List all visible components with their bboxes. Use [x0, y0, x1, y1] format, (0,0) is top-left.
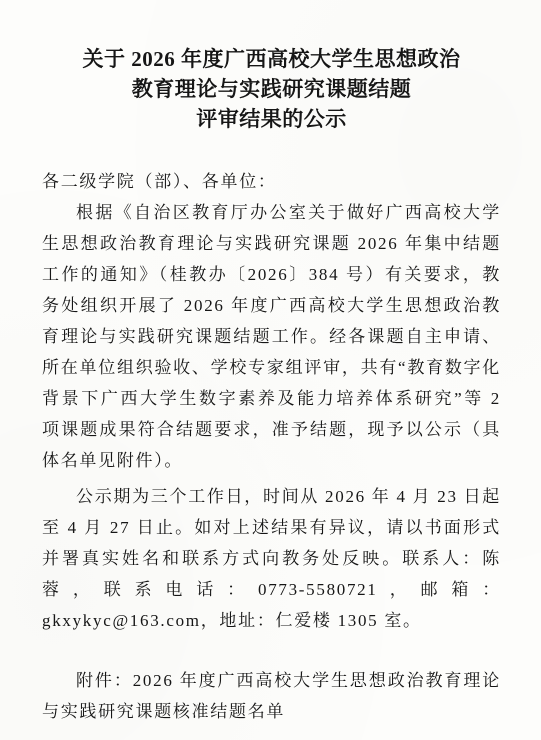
- document-page: 关于 2026 年度广西高校大学生思想政治 教育理论与实践研究课题结题 评审结果…: [0, 0, 541, 740]
- salutation: 各二级学院（部）、各单位：: [42, 166, 501, 197]
- document-title: 关于 2026 年度广西高校大学生思想政治 教育理论与实践研究课题结题 评审结果…: [42, 44, 501, 134]
- title-line-3: 评审结果的公示: [42, 104, 501, 134]
- attachment-note: 附件：2026 年度广西高校大学生思想政治教育理论与实践研究课题核准结题名单: [42, 665, 501, 727]
- paragraph-basis: 根据《自治区教育厅办公室关于做好广西高校大学生思想政治教育理论与实践研究课题 2…: [42, 197, 501, 476]
- document-body: 各二级学院（部）、各单位： 根据《自治区教育厅办公室关于做好广西高校大学生思想政…: [42, 166, 501, 727]
- title-line-1: 关于 2026 年度广西高校大学生思想政治: [42, 44, 501, 74]
- title-line-2: 教育理论与实践研究课题结题: [42, 74, 501, 104]
- paragraph-publicity-period: 公示期为三个工作日，时间从 2026 年 4 月 23 日起至 4 月 27 日…: [42, 481, 501, 636]
